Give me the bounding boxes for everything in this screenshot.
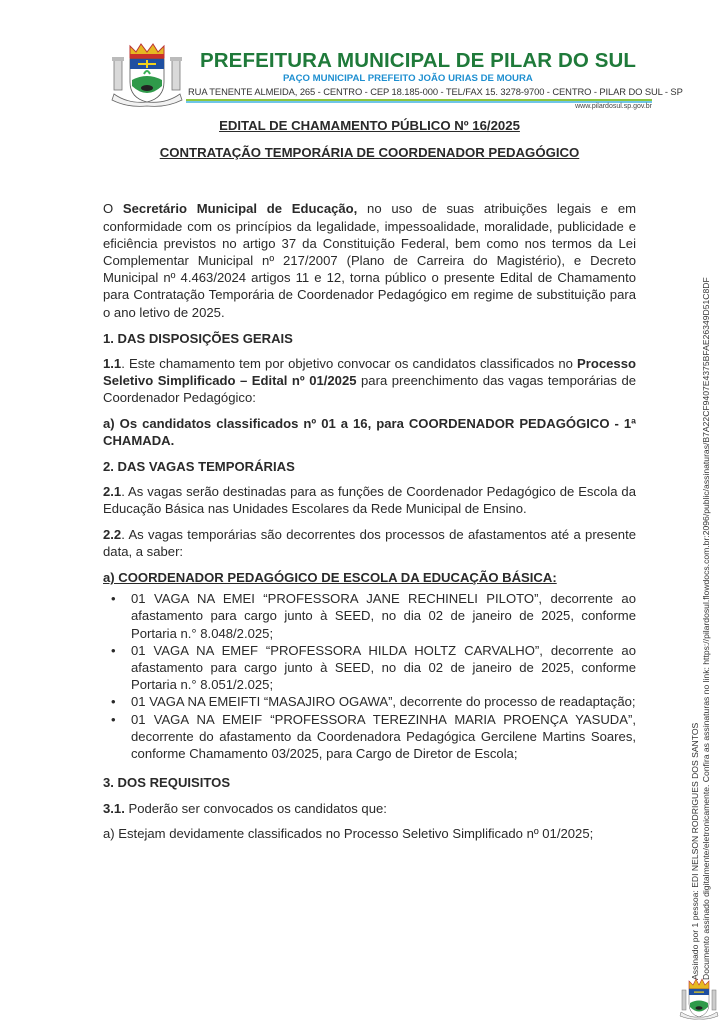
prefeitura-name: PREFEITURA MUNICIPAL DE PILAR DO SUL xyxy=(200,49,636,73)
vagas-list: •01 VAGA NA EMEI “PROFESSORA JANE RECHIN… xyxy=(103,590,636,762)
clause-1-1: 1.1. Este chamamento tem por objetivo co… xyxy=(103,355,636,407)
bullet-icon: • xyxy=(111,711,116,728)
signature-verification-link[interactable]: Documento assinado digitalmente/eletroni… xyxy=(701,277,711,980)
clause-2-2-a-heading: a) COORDENADOR PEDAGÓGICO DE ESCOLA DA E… xyxy=(103,569,636,586)
signed-by-text: Assinado por 1 pessoa: EDI NELSON RODRIG… xyxy=(690,723,700,980)
bullet-icon: • xyxy=(111,590,116,607)
clause-1-1-a: a) Os candidatos classificados nº 01 a 1… xyxy=(103,415,636,449)
address-line: RUA TENENTE ALMEIDA, 265 - CENTRO - CEP … xyxy=(188,86,683,97)
intro-paragraph: O Secretário Municipal de Educação, no u… xyxy=(103,200,636,320)
digital-signature-stamp: Assinado por 1 pessoa: EDI NELSON RODRIG… xyxy=(686,172,722,982)
document-subtitle: CONTRATAÇÃO TEMPORÁRIA DE COORDENADOR PE… xyxy=(103,144,636,161)
list-item: •01 VAGA NA EMEIFTI “MASAJIRO OGAWA”, de… xyxy=(131,693,636,710)
secretary-title: Secretário Municipal de Educação, xyxy=(123,201,357,216)
document-title: EDITAL DE CHAMAMENTO PÚBLICO Nº 16/2025 xyxy=(103,117,636,134)
clause-2-1: 2.1. As vagas serão destinadas para as f… xyxy=(103,483,636,517)
clause-2-2: 2.2. As vagas temporárias são decorrente… xyxy=(103,526,636,560)
website-link[interactable]: www.pilardosul.sp.gov.br xyxy=(575,103,652,110)
section-1-heading: 1. DAS DISPOSIÇÕES GERAIS xyxy=(103,330,636,347)
clause-3-1-a: a) Estejam devidamente classificados no … xyxy=(103,825,636,842)
section-2-heading: 2. DAS VAGAS TEMPORÁRIAS xyxy=(103,458,636,475)
section-3-heading: 3. DOS REQUISITOS xyxy=(103,774,636,791)
bullet-icon: • xyxy=(111,642,116,659)
coat-of-arms-small-icon xyxy=(678,978,720,1020)
list-item: •01 VAGA NA EMEF “PROFESSORA HILDA HOLTZ… xyxy=(131,642,636,694)
paco-municipal-name: PAÇO MUNICIPAL PREFEITO JOÃO URIAS DE MO… xyxy=(283,73,533,84)
clause-3-1: 3.1. Poderão ser convocados os candidato… xyxy=(103,800,636,817)
list-item: •01 VAGA NA EMEI “PROFESSORA JANE RECHIN… xyxy=(131,590,636,642)
list-item: •01 VAGA NA EMEIF “PROFESSORA TEREZINHA … xyxy=(131,711,636,763)
letterhead: PREFEITURA MUNICIPAL DE PILAR DO SUL PAÇ… xyxy=(108,36,652,112)
bullet-icon: • xyxy=(111,693,116,710)
document-body: EDITAL DE CHAMAMENTO PÚBLICO Nº 16/2025 … xyxy=(103,117,636,842)
coat-of-arms-icon xyxy=(108,42,186,108)
